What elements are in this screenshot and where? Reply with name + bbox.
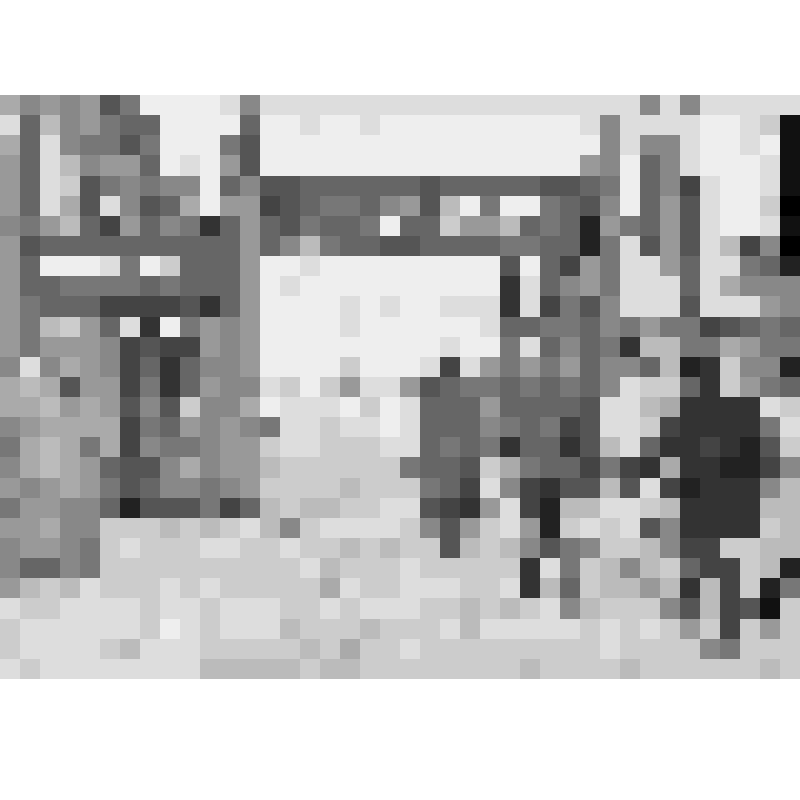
pixel-block [260,457,280,477]
pixel-block [240,558,260,578]
pixel-block [360,639,380,659]
pixel-block [40,276,60,296]
pixel-block [640,317,660,337]
pixel-block [580,538,600,558]
pixel-block [500,135,520,155]
pixel-block [140,176,160,196]
pixel-block [680,176,700,196]
pixel-block [420,337,440,357]
pixel-block [600,558,620,578]
pixel-block [200,377,220,397]
pixel-block [400,276,420,296]
pixel-block [0,296,20,316]
pixel-block [320,417,340,437]
pixel-block [560,236,580,256]
pixel-block [720,176,740,196]
pixel-block [380,256,400,276]
pixel-block [360,256,380,276]
pixel-block [160,337,180,357]
pixel-block [620,95,640,115]
pixel-block [180,598,200,618]
pixel-block [380,276,400,296]
pixel-block [420,95,440,115]
pixel-block [300,95,320,115]
pixel-block [560,176,580,196]
pixel-block [540,196,560,216]
pixel-block [520,337,540,357]
pixel-block [0,498,20,518]
pixel-block [280,558,300,578]
pixel-block [580,337,600,357]
pixel-block [540,457,560,477]
pixel-block [780,437,800,457]
pixel-block [500,518,520,538]
pixel-block [80,337,100,357]
pixel-block [140,518,160,538]
pixel-block [140,578,160,598]
pixel-block [160,317,180,337]
pixel-block [420,538,440,558]
pixel-block [200,256,220,276]
pixel-block [660,518,680,538]
pixel-block [100,478,120,498]
pixel-block [580,518,600,538]
pixel-block [20,317,40,337]
pixel-block [140,135,160,155]
pixel-block [180,115,200,135]
pixel-block [480,135,500,155]
pixel-block [100,135,120,155]
pixel-block [300,317,320,337]
pixel-block [560,357,580,377]
pixel-block [220,377,240,397]
pixel-block [100,397,120,417]
pixel-block [500,196,520,216]
pixel-block [460,236,480,256]
pixel-block [720,115,740,135]
pixel-block [340,538,360,558]
pixel-block [140,659,160,679]
pixel-block [720,377,740,397]
pixel-block [660,317,680,337]
pixel-block [260,598,280,618]
pixel-block [480,598,500,618]
pixel-block [320,216,340,236]
pixel-block [280,296,300,316]
pixel-block [20,598,40,618]
pixel-block [400,317,420,337]
pixel-block [480,95,500,115]
pixel-block [0,377,20,397]
pixel-block [180,639,200,659]
pixel-block [620,518,640,538]
pixel-block [40,317,60,337]
pixel-block [360,578,380,598]
pixel-block [40,176,60,196]
pixel-block [100,357,120,377]
pixel-block [60,397,80,417]
pixel-block [460,276,480,296]
pixel-block [160,296,180,316]
pixel-block [760,518,780,538]
pixel-block [540,155,560,175]
pixel-block [540,236,560,256]
pixel-block [120,155,140,175]
pixel-block [500,216,520,236]
pixel-block [140,558,160,578]
pixel-block [60,377,80,397]
pixel-block [400,236,420,256]
pixel-block [0,317,20,337]
pixel-block [440,377,460,397]
pixel-block [500,498,520,518]
pixel-block [500,578,520,598]
pixel-block [700,317,720,337]
pixel-block [340,598,360,618]
pixel-block [160,115,180,135]
pixel-block [20,216,40,236]
pixel-block [100,95,120,115]
pixel-block [440,155,460,175]
pixel-block [400,296,420,316]
pixel-block [60,498,80,518]
pixel-block [160,276,180,296]
pixel-block [340,236,360,256]
pixel-block [560,196,580,216]
pixel-block [640,498,660,518]
pixel-block [680,296,700,316]
pixel-block [300,155,320,175]
pixel-block [160,397,180,417]
pixel-block [320,598,340,618]
pixel-block [320,337,340,357]
pixel-block [420,639,440,659]
pixel-block [580,619,600,639]
pixel-block [220,518,240,538]
pixel-block [380,397,400,417]
pixel-block [700,155,720,175]
pixel-block [60,417,80,437]
pixel-block [280,276,300,296]
pixel-block [520,317,540,337]
pixel-block [560,538,580,558]
pixel-block [360,518,380,538]
pixel-block [80,155,100,175]
pixel-block [760,598,780,618]
pixel-block [280,115,300,135]
pixel-block [400,155,420,175]
pixel-block [280,256,300,276]
pixel-block [500,558,520,578]
pixel-block [600,538,620,558]
pixel-block [180,377,200,397]
pixel-block [620,337,640,357]
pixel-block [20,659,40,679]
pixel-block [100,196,120,216]
pixel-block [620,659,640,679]
pixel-block [140,357,160,377]
pixel-block [600,196,620,216]
pixel-block [540,538,560,558]
pixel-block [780,659,800,679]
pixel-block [620,276,640,296]
pixel-block [560,276,580,296]
pixel-block [420,578,440,598]
pixel-block [540,115,560,135]
pixel-block [740,236,760,256]
pixel-block [320,115,340,135]
pixel-block [280,457,300,477]
pixel-block [260,155,280,175]
pixel-block [280,135,300,155]
pixel-block [500,296,520,316]
pixel-block [240,518,260,538]
pixel-block [680,457,700,477]
pixel-block [60,639,80,659]
pixel-block [460,337,480,357]
pixel-block [440,639,460,659]
pixel-block [780,236,800,256]
pixel-block [300,357,320,377]
pixel-block [620,558,640,578]
pixel-block [340,377,360,397]
pixel-block [480,196,500,216]
pixel-block [520,417,540,437]
pixel-block [680,196,700,216]
pixel-block [220,457,240,477]
pixel-block [660,417,680,437]
pixel-block [700,256,720,276]
pixel-block [760,639,780,659]
pixel-block [400,196,420,216]
pixel-block [120,659,140,679]
pixel-block [60,196,80,216]
pixel-block [300,538,320,558]
pixel-block [680,558,700,578]
pixel-block [260,296,280,316]
pixel-block [640,296,660,316]
pixel-block [780,256,800,276]
pixel-block [500,619,520,639]
pixel-block [60,437,80,457]
pixel-block [180,296,200,316]
pixel-block [240,478,260,498]
pixel-block [500,357,520,377]
pixel-block [720,457,740,477]
pixel-block [400,558,420,578]
pixel-block [760,135,780,155]
pixel-block [600,478,620,498]
pixel-block [120,256,140,276]
pixel-block [400,115,420,135]
pixel-block [440,357,460,377]
pixel-block [20,478,40,498]
pixel-block [620,155,640,175]
pixel-block [40,518,60,538]
pixel-block [500,236,520,256]
pixel-block [780,639,800,659]
pixel-block [580,155,600,175]
pixel-block [760,115,780,135]
pixel-block [220,619,240,639]
pixel-block [600,659,620,679]
pixel-block [760,457,780,477]
pixel-block [780,619,800,639]
pixel-block [640,357,660,377]
pixel-block [160,659,180,679]
pixel-block [780,357,800,377]
pixel-block [0,538,20,558]
pixel-block [400,538,420,558]
pixel-block [420,397,440,417]
pixel-block [420,276,440,296]
pixel-block [60,538,80,558]
pixel-block [460,155,480,175]
pixel-block [100,518,120,538]
pixel-block [60,176,80,196]
pixel-block [80,598,100,618]
pixel-block [200,397,220,417]
pixel-block [120,317,140,337]
pixel-block [640,95,660,115]
pixel-block [180,276,200,296]
pixel-block [220,196,240,216]
pixel-block [240,135,260,155]
pixel-block [0,417,20,437]
pixel-block [240,337,260,357]
pixel-block [160,437,180,457]
pixel-block [440,578,460,598]
pixel-block [700,337,720,357]
pixel-block [120,437,140,457]
pixel-block [300,176,320,196]
pixel-block [460,95,480,115]
pixel-block [300,296,320,316]
pixel-block [80,135,100,155]
pixel-block [560,619,580,639]
pixel-block [700,115,720,135]
pixel-block [700,216,720,236]
pixel-block [320,498,340,518]
pixel-block [520,236,540,256]
pixel-block [560,639,580,659]
pixel-block [460,357,480,377]
pixel-block [780,155,800,175]
pixel-block [460,176,480,196]
pixel-block [440,437,460,457]
pixel-block [500,317,520,337]
pixel-block [560,95,580,115]
pixel-block [180,437,200,457]
pixel-block [500,417,520,437]
pixel-block [460,196,480,216]
pixel-block [180,196,200,216]
pixel-block [20,276,40,296]
pixel-block [300,518,320,538]
pixel-block [560,296,580,316]
pixel-block [600,276,620,296]
pixel-block [100,337,120,357]
pixel-block [640,377,660,397]
pixel-block [720,95,740,115]
pixel-block [100,296,120,316]
pixel-block [20,115,40,135]
pixel-block [260,518,280,538]
pixel-block [280,337,300,357]
pixel-block [700,619,720,639]
pixel-block [200,437,220,457]
pixel-block [740,578,760,598]
pixel-block [300,457,320,477]
pixel-block [180,236,200,256]
pixel-block [100,619,120,639]
pixel-block [720,296,740,316]
pixel-block [440,518,460,538]
pixel-block [260,176,280,196]
pixel-block [20,417,40,437]
pixel-block [280,155,300,175]
pixel-block [0,276,20,296]
pixel-block [60,115,80,135]
pixel-block [60,216,80,236]
pixel-block [720,135,740,155]
pixel-block [140,296,160,316]
pixel-block [740,598,760,618]
pixel-block [220,357,240,377]
pixel-block [340,95,360,115]
pixel-block [680,598,700,618]
pixel-block [120,498,140,518]
pixel-block [460,256,480,276]
pixel-block [580,115,600,135]
pixel-block [120,95,140,115]
pixel-block [320,236,340,256]
pixel-block [620,417,640,437]
pixel-block [360,417,380,437]
pixel-block [60,619,80,639]
pixel-block [320,317,340,337]
pixel-block [160,598,180,618]
pixel-block [200,457,220,477]
pixel-block [740,377,760,397]
pixel-block [620,115,640,135]
pixel-block [500,276,520,296]
pixel-block [580,478,600,498]
pixel-block [240,457,260,477]
pixel-block [380,296,400,316]
pixel-block [520,437,540,457]
pixel-block [20,196,40,216]
pixel-block [540,135,560,155]
pixel-block [640,276,660,296]
pixel-block [760,317,780,337]
pixel-block [320,296,340,316]
pixel-block [360,296,380,316]
pixel-block [80,95,100,115]
pixel-block [680,317,700,337]
pixel-block [740,457,760,477]
pixel-block [480,619,500,639]
pixel-block [220,155,240,175]
pixel-block [660,478,680,498]
pixel-block [540,578,560,598]
pixel-block [700,196,720,216]
pixel-block [460,377,480,397]
pixel-block [400,216,420,236]
pixel-block [580,397,600,417]
pixel-block [640,619,660,639]
pixel-block [720,216,740,236]
